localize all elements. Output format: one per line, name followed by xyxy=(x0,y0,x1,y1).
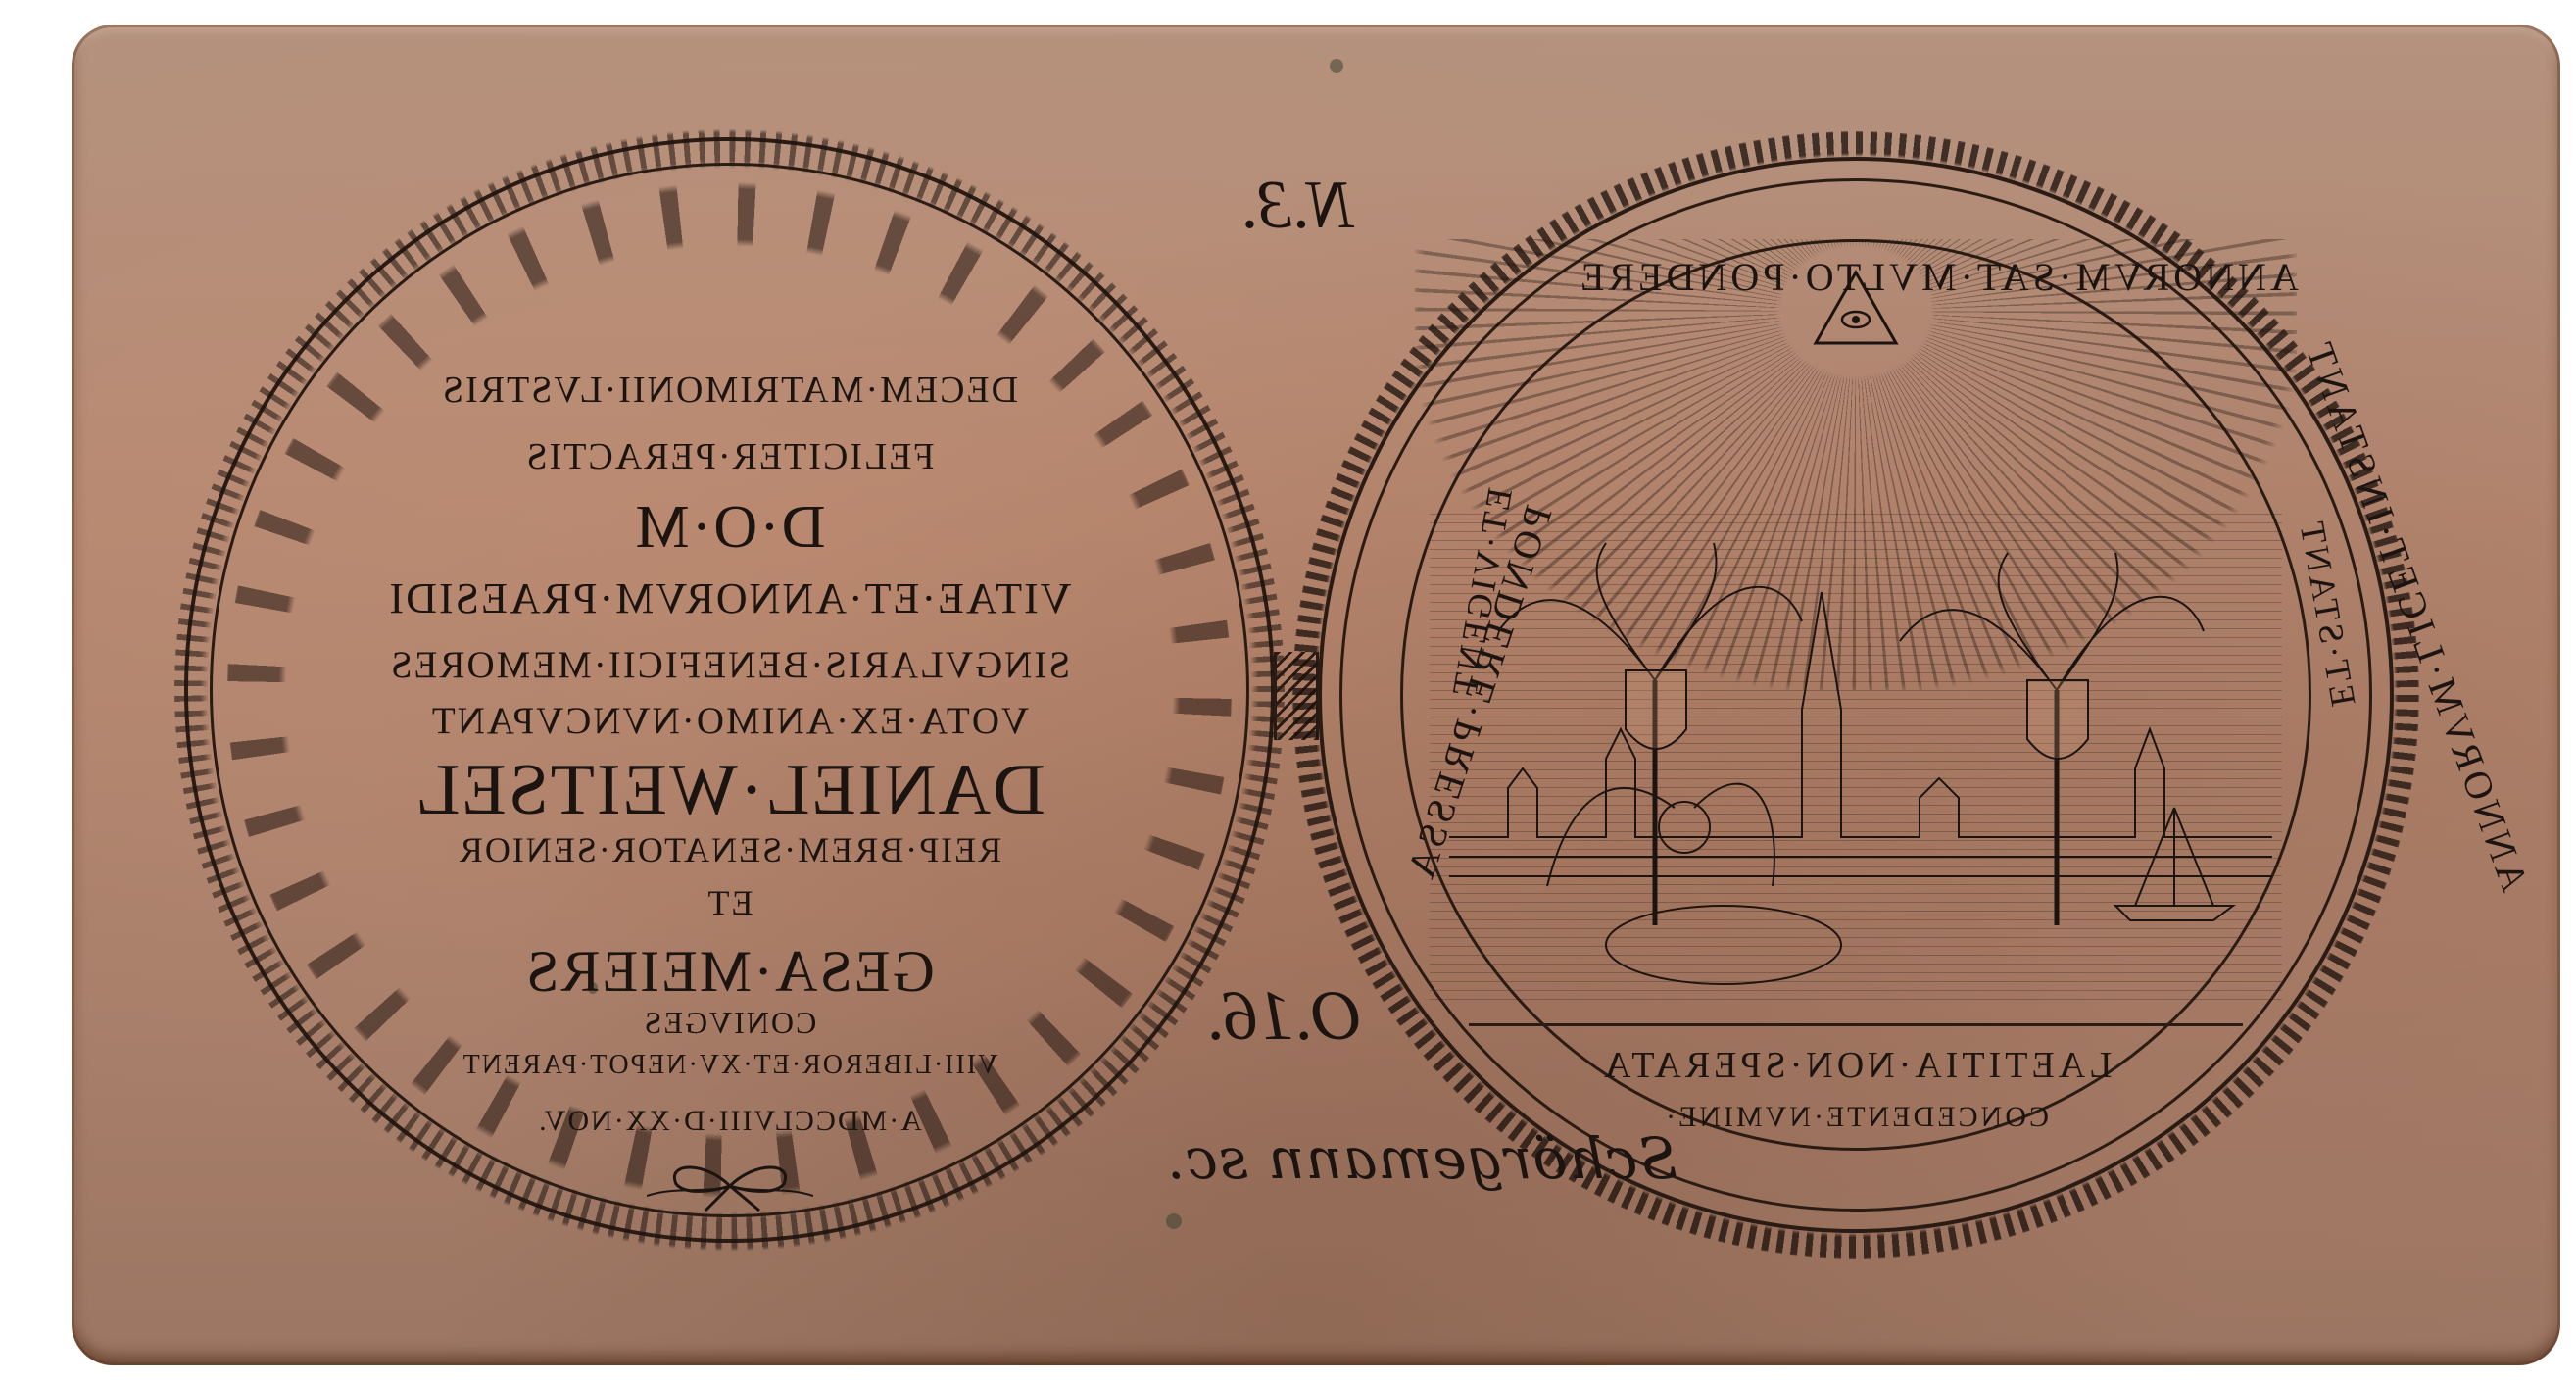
plate-number-top: N.3. xyxy=(1239,167,1354,245)
inscription-line: D·O·M xyxy=(634,497,826,558)
inscription-line: SINGVLARIS·BENEFICII·MEMORES xyxy=(389,646,1070,684)
left-medallion-inscription: DECEM·MATRIMONII·LVSTRIS FELICITER·PERAC… xyxy=(296,371,1163,1136)
inscription-line: ET xyxy=(706,885,753,920)
inscription-line: VITAE·ET·ANNORVM·PRAESIDI xyxy=(388,577,1072,620)
left-medallion: DECEM·MATRIMONII·LVSTRIS FELICITER·PERAC… xyxy=(184,137,1275,1243)
right-medallion: ANNORVM·SAT·MVLTO·PONDERE PONDERE·PRESSA… xyxy=(1318,157,2394,1233)
inscription-line: VIII·LIBEROR·ET·XV·NEPOT·PARENT xyxy=(462,1052,998,1079)
inscription-line: FELICITER·PERACTIS xyxy=(524,438,934,475)
inscription-line: CONIVGES xyxy=(643,1007,817,1038)
inscription-date: A·MDCCLVIII·D·XX·NOV. xyxy=(537,1107,922,1136)
outer-legend-top: ANNORVM·SAT·MVLTO·PONDERE xyxy=(1577,254,2299,300)
inscription-name-wife: GESA·MEIERS xyxy=(524,942,935,1001)
corrosion-spot xyxy=(1166,1213,1182,1229)
exergue-line-2: CONCEDENTE·NVMINE· xyxy=(1663,1101,2049,1134)
plate-number-bottom: O.16. xyxy=(1205,975,1362,1057)
exergue: LAETITIA·NON·SPERATA CONCEDENTE·NVMINE· xyxy=(1469,1023,2243,1134)
inscription-line: VOTA·EX·ANIMO·NVNCVPANT xyxy=(430,702,1029,740)
inscription-line: REIP·BREM·SENATOR·SENIOR xyxy=(458,832,1001,867)
exergue-line-1: LAETITIA·NON·SPERATA xyxy=(1600,1044,2112,1087)
inscription-name-husband: DANIEL·WEITSEL xyxy=(413,754,1045,826)
city-scene xyxy=(1430,514,2282,1004)
corrosion-spot xyxy=(1330,59,1343,73)
bremen-skyline-illustration xyxy=(1430,514,2282,1004)
inscription-line: DECEM·MATRIMONII·LVSTRIS xyxy=(441,371,1018,409)
ribbon-bow-icon xyxy=(647,1157,813,1215)
engraver-signature: Schörgemann sc. xyxy=(1166,1125,1677,1192)
